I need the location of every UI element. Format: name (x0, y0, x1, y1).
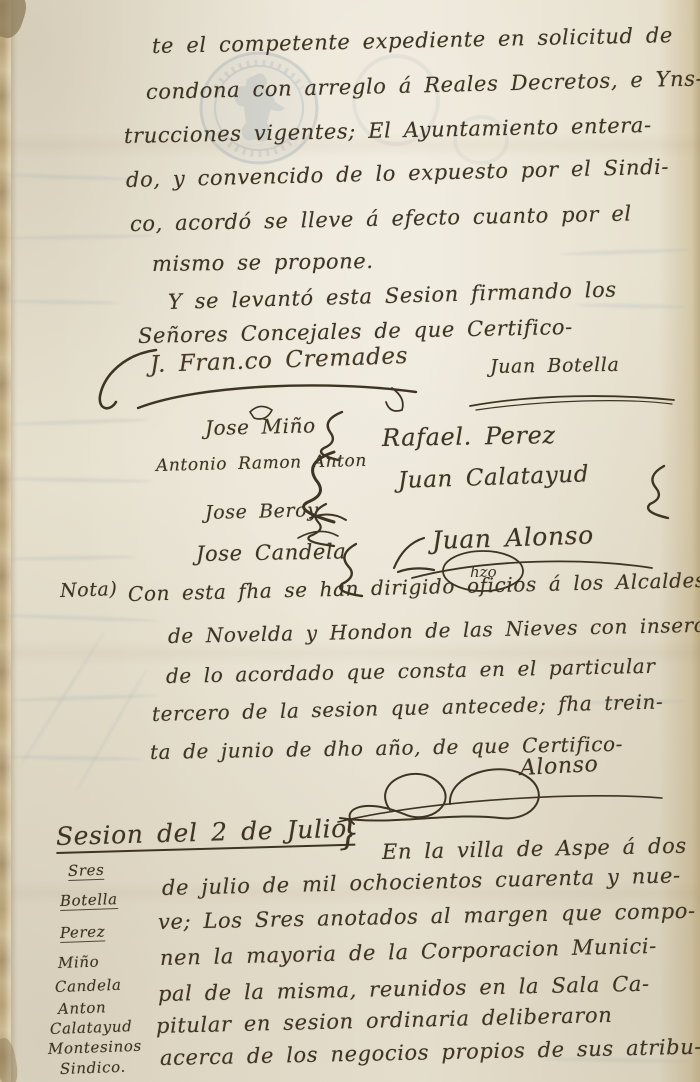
margin-attendee: Candela (55, 976, 122, 996)
text-line: nen la mayoria de la Corporacion Munici- (160, 934, 657, 970)
circular-ink-seal-stamp (196, 48, 322, 168)
text-line: pitular en sesion ordinaria deliberaron (156, 1003, 613, 1038)
margin-attendee: Perez (60, 922, 106, 943)
margin-attendee: Miño (58, 953, 100, 972)
margin-attendee: Sres (68, 861, 105, 881)
margin-attendee: Montesinos (48, 1037, 142, 1058)
signature-perez: Rafael. Perez (382, 421, 556, 452)
binding-edge (0, 0, 11, 1082)
text-line: Señores Concejales de que Certifico- (138, 315, 573, 348)
text-line: En la villa de Aspe á dos (382, 834, 687, 864)
signature-alonso-nota: Alonso (519, 752, 599, 781)
bottom-edge-mark (0, 1037, 20, 1082)
nota-label: Nota) (60, 578, 118, 602)
signature-rubric (636, 462, 676, 522)
torn-corner-mark (0, 0, 30, 42)
margin-attendee: Anton (58, 998, 107, 1018)
text-line: acerca de los negocios propios de sus at… (160, 1035, 700, 1070)
signature-candela: Jose Candela (196, 539, 347, 566)
text-line: tercero de la sesion que antecede; fha t… (152, 690, 664, 726)
signature-cremades: J. Fran.co Cremades (150, 343, 409, 378)
margin-attendee: Calatayud (50, 1017, 133, 1038)
margin-attendee: Sindico. (60, 1058, 126, 1078)
margin-attendee: Botella (60, 890, 118, 911)
manuscript-page: te el competente expediente en solicitud… (0, 0, 700, 1082)
signature-flourish (466, 390, 680, 412)
text-line: co, acordó se lleve á efecto cuanto por … (130, 201, 632, 236)
signature-mino: Jose Miño (205, 413, 316, 440)
text-line: mismo se propone. (152, 249, 374, 276)
signature-botella: Juan Botella (490, 354, 620, 378)
signature-calatayud: Juan Calatayud (398, 461, 590, 494)
session-heading-brace: } (337, 812, 362, 853)
grand-signature-flourish (330, 752, 670, 840)
session-heading: Sesion del 2 de Julio. (56, 814, 356, 854)
text-line: pal de la misma, reunidos en la Sala Ca- (158, 972, 650, 1006)
text-line: Y se levantó esta Sesion firmando los (168, 277, 617, 314)
